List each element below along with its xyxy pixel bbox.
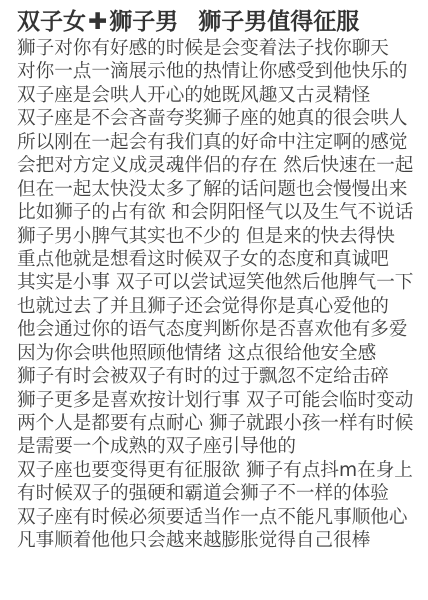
text-line: 狮子对你有好感的时候是会变着法子找你聊天 <box>17 37 427 60</box>
text-line: 也就过去了并且狮子还会觉得你是真心爱他的 <box>17 295 427 318</box>
text-line: 是需要一个成熟的双子座引导他的 <box>17 435 427 458</box>
text-line: 双子座也要变得更有征服欲 狮子有点抖m在身上 <box>17 459 427 482</box>
text-line: 比如狮子的占有欲 和会阴阳怪气以及生气不说话 <box>17 201 427 224</box>
text-line: 因为你会哄他照顾他情绪 这点很给他安全感 <box>17 342 427 365</box>
article-body: 狮子对你有好感的时候是会变着法子找你聊天 对你一点一滴展示他的热情让你感受到他快… <box>17 37 427 553</box>
title-part-gemini-woman: 双子女 <box>17 9 86 35</box>
article-title: 双子女✚狮子男狮子男值得征服 <box>17 3 359 36</box>
text-line: 所以刚在一起会有我们真的好命中注定啊的感觉 <box>17 131 427 154</box>
text-line: 狮子有时会被双子有时的过于飘忽不定给击碎 <box>17 365 427 388</box>
text-line: 凡事顺着他他只会越来越膨胀觉得自己很棒 <box>17 529 427 552</box>
text-line: 但在一起太快没太多了解的话问题也会慢慢出来 <box>17 178 427 201</box>
text-line: 其实是小事 双子可以尝试逗笑他然后他脾气一下 <box>17 271 427 294</box>
text-line: 双子座有时候必须要适当作一点不能凡事顺他心 <box>17 506 427 529</box>
text-line: 他会通过你的语气态度判断你是否喜欢他有多爱 <box>17 318 427 341</box>
text-line: 狮子更多是喜欢按计划行事 双子可能会临时变动 <box>17 389 427 412</box>
text-line: 对你一点一滴展示他的热情让你感受到他快乐的 <box>17 60 427 83</box>
title-part-leo-man: 狮子男 <box>109 9 178 35</box>
article-image: 双子女✚狮子男狮子男值得征服 狮子对你有好感的时候是会变着法子找你聊天 对你一点… <box>0 0 428 600</box>
text-line: 双子座是会哄人开心的她既风趣又古灵精怪 <box>17 84 427 107</box>
text-line: 狮子男小脾气其实也不少的 但是来的快去得快 <box>17 225 427 248</box>
text-line: 重点他就是想看这时候双子女的态度和真诚吧 <box>17 248 427 271</box>
title-subtitle: 狮子男值得征服 <box>198 9 359 35</box>
plus-icon: ✚ <box>88 9 107 35</box>
text-line: 双子座是不会吝啬夸奖狮子座的她真的很会哄人 <box>17 107 427 130</box>
text-line: 会把对方定义成灵魂伴侣的存在 然后快速在一起 <box>17 154 427 177</box>
text-line: 有时候双子的强硬和霸道会狮子不一样的体验 <box>17 482 427 505</box>
text-line: 两个人是都要有点耐心 狮子就跟小孩一样有时候 <box>17 412 427 435</box>
